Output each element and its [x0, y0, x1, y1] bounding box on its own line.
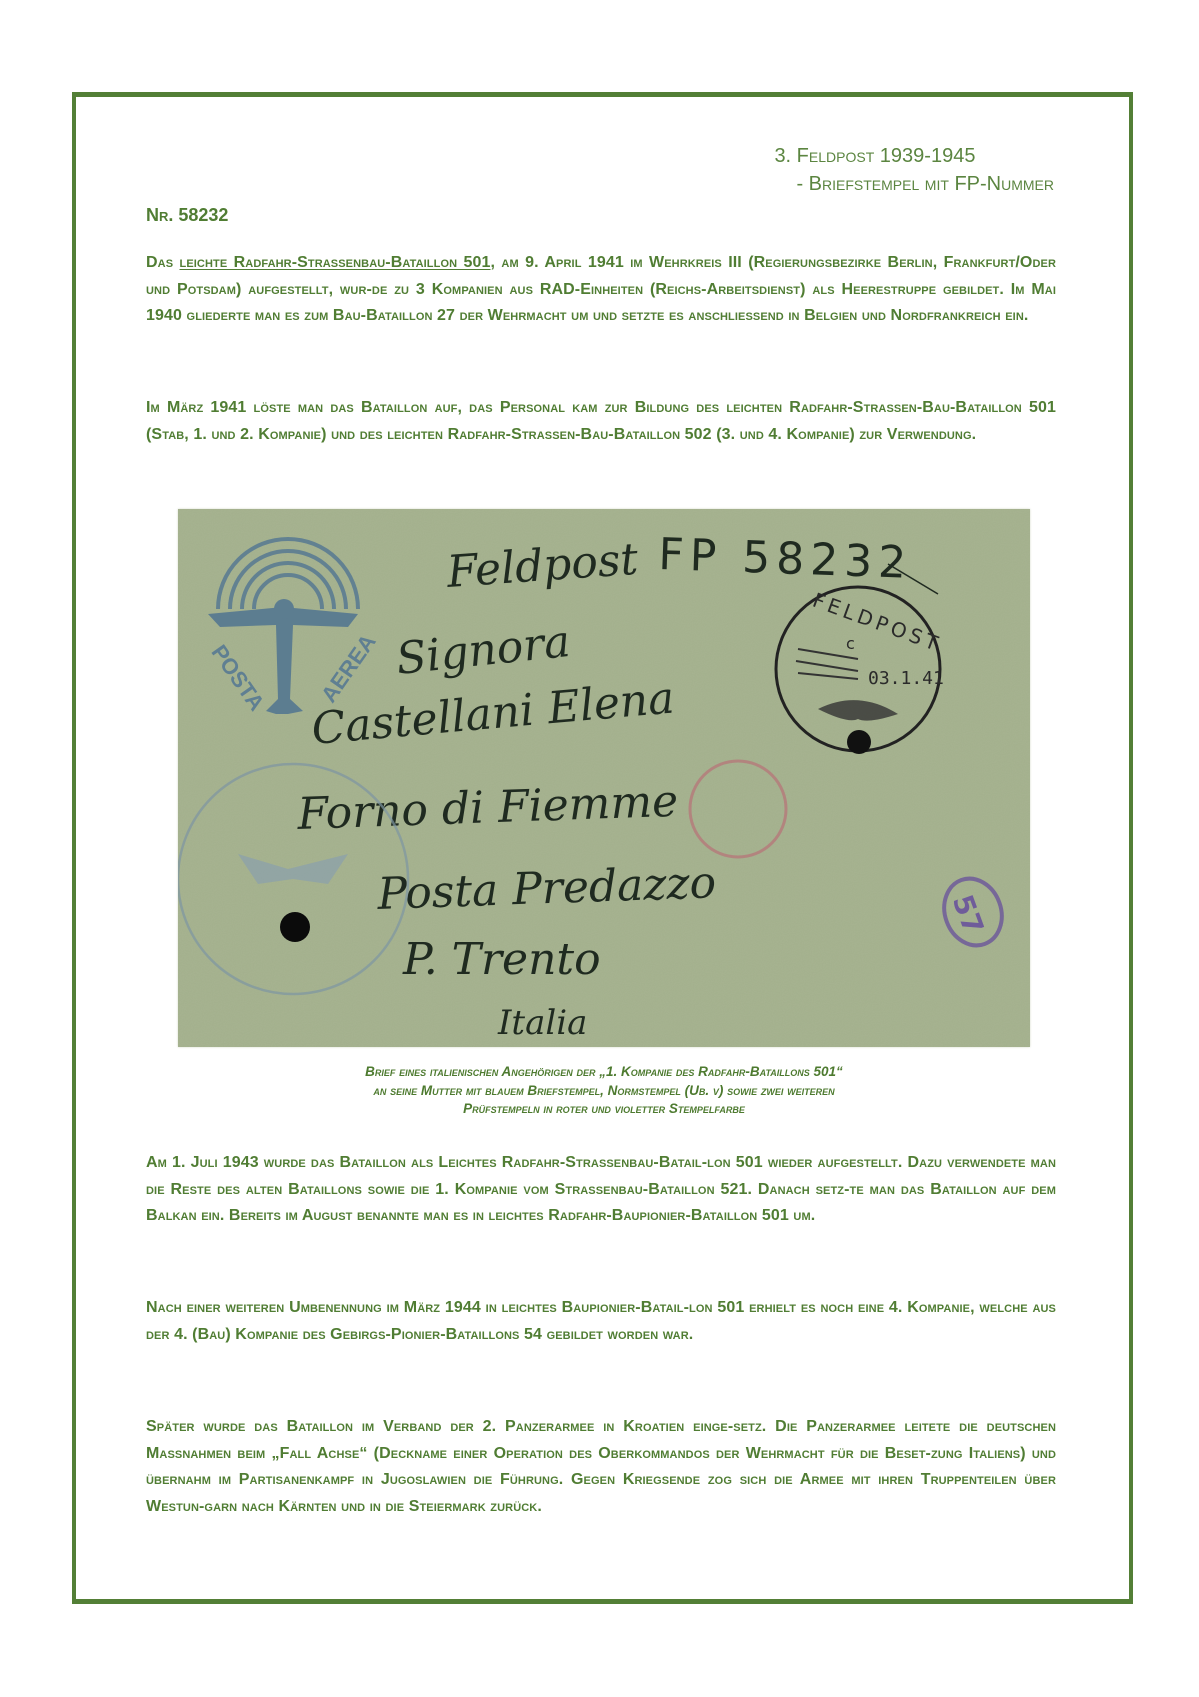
svg-text:FP 58232: FP 58232 — [658, 529, 913, 589]
section-subtitle: - Briefstempel mit FP-Nummer — [774, 170, 1054, 198]
fieldpost-number: Nr. 58232 — [146, 205, 228, 226]
svg-text:c: c — [846, 634, 855, 653]
paragraph-dissolution: Im März 1941 löste man das Bataillon auf… — [146, 395, 1056, 448]
unit-name-underlined: leichte Radfahr-Strassenbau-Bataillon 50… — [180, 254, 491, 271]
svg-text:Italia: Italia — [497, 1003, 587, 1043]
paragraph-deployment: Später wurde das Bataillon im Verband de… — [146, 1414, 1056, 1520]
paragraph-renaming: Nach einer weiteren Umbenennung im März … — [146, 1295, 1056, 1348]
caption-line: an seine Mutter mit blauem Briefstempel,… — [178, 1082, 1030, 1101]
caption-line: Brief eines italienischen Angehörigen de… — [178, 1063, 1030, 1082]
svg-text:03.1.41: 03.1.41 — [868, 668, 944, 689]
image-caption: Brief eines italienischen Angehörigen de… — [178, 1063, 1030, 1119]
envelope-image: POSTA AEREA Feldpost FP 58232 FELDPOST c… — [178, 509, 1030, 1047]
paragraph-text: Das — [146, 254, 180, 271]
paragraph-reformation: Am 1. Juli 1943 wurde das Bataillon als … — [146, 1150, 1056, 1230]
caption-line: Prüfstempeln in roter und violetter Stem… — [178, 1100, 1030, 1119]
svg-text:P. Trento: P. Trento — [402, 934, 601, 985]
paragraph-formation: Das leichte Radfahr-Strassenbau-Bataillo… — [146, 250, 1056, 330]
section-title: 3. Feldpost 1939-1945 — [774, 142, 1054, 170]
section-header: 3. Feldpost 1939-1945 - Briefstempel mit… — [774, 142, 1054, 198]
